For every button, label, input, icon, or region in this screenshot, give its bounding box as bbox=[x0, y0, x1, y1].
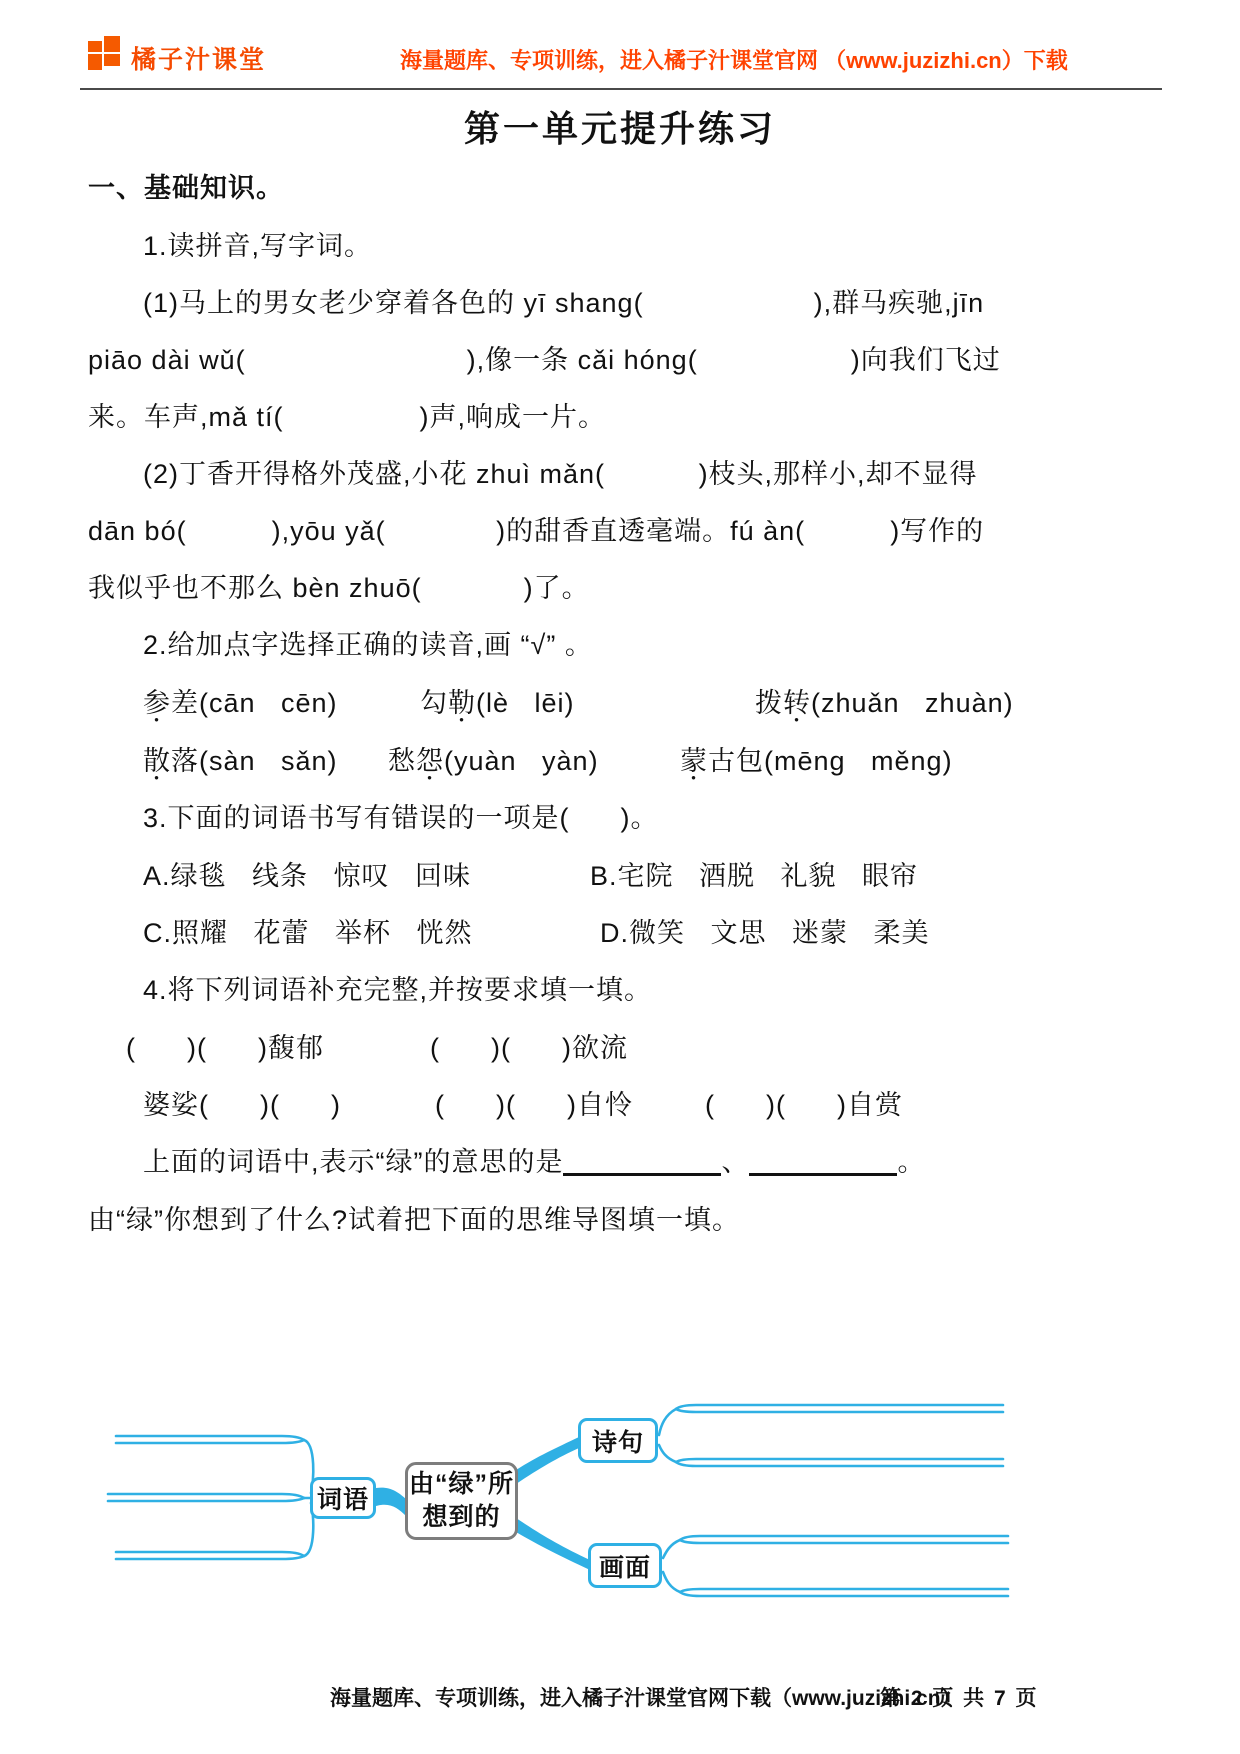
q4-word-posuo: 婆娑( )( ) bbox=[143, 1083, 341, 1122]
mindmap-node-verses: 诗句 bbox=[578, 1418, 658, 1463]
fill-end: 。 bbox=[897, 1147, 925, 1177]
q2-item-goule: 勾勒(lè lēi) bbox=[420, 681, 575, 720]
q3-option-d: D.微笑 文思 迷蒙 柔美 bbox=[600, 911, 930, 950]
mindmap-center-node: 由“绿”所 想到的 bbox=[405, 1462, 518, 1540]
fill-separator: 、 bbox=[721, 1147, 749, 1177]
q4-word-zilian: ( )( )自怜 bbox=[435, 1083, 633, 1122]
dotted-char: 怨 bbox=[416, 739, 444, 778]
q1-line-1: (1)马上的男女老少穿着各色的 yī shang( ),群马疾驰,jīn bbox=[143, 281, 984, 320]
node-label: 画面 bbox=[599, 1548, 651, 1584]
item-text: 古包(mēng měng) bbox=[708, 746, 953, 776]
mindmap-node-words: 词语 bbox=[310, 1477, 376, 1519]
q1-line-6: 我似乎也不那么 bèn zhuō( )了。 bbox=[88, 566, 590, 605]
q4-fill-line: 上面的词语中,表示“绿”的意思的是、。 bbox=[143, 1140, 925, 1179]
q2-item-chouyuan: 愁怨(yuàn yàn) bbox=[388, 739, 599, 778]
brand-window-icon bbox=[88, 36, 122, 70]
footer-page-number: 第 2 页 共 7 页 bbox=[880, 1682, 1039, 1712]
q3-option-c: C.照耀 花蕾 举杯 恍然 bbox=[143, 911, 473, 950]
node-label: 词语 bbox=[317, 1480, 369, 1516]
worksheet-page: 橘子汁课堂 海量题库、专项训练，进入橘子汁课堂官网 （www.juzizhi.c… bbox=[0, 0, 1240, 1754]
answer-blank bbox=[563, 1146, 721, 1176]
mindmap-node-pictures: 画面 bbox=[588, 1543, 662, 1588]
item-text: 愁 bbox=[388, 746, 416, 776]
item-text: 拨 bbox=[755, 688, 783, 718]
mindmap-thin-branches bbox=[108, 1405, 1008, 1596]
item-text: (yuàn yàn) bbox=[444, 746, 599, 776]
q1-heading: 1.读拼音,写字词。 bbox=[143, 224, 372, 263]
dotted-char: 转 bbox=[783, 681, 811, 720]
item-text: 勾 bbox=[420, 688, 448, 718]
q1-line-5: dān bó( ),yōu yǎ( )的甜香直透毫端。fú àn( )写作的 bbox=[88, 509, 984, 548]
center-label-line1: 由“绿”所 bbox=[409, 1468, 514, 1501]
item-text: 差(cān cēn) bbox=[171, 688, 338, 718]
q2-item-menggubao: 蒙古包(mēng měng) bbox=[680, 739, 953, 778]
q4-word-yuliu: ( )( )欲流 bbox=[430, 1026, 628, 1065]
q3-heading: 3.下面的词语书写有错误的一项是( )。 bbox=[143, 796, 659, 835]
header-divider bbox=[80, 88, 1162, 90]
fill-prefix: 上面的词语中,表示“绿”的意思的是 bbox=[143, 1147, 563, 1177]
q3-option-a: A.绿毯 线条 惊叹 回味 bbox=[143, 854, 471, 893]
section-heading: 一、基础知识。 bbox=[88, 166, 284, 205]
item-text: (zhuǎn zhuàn) bbox=[811, 688, 1014, 718]
dotted-char: 勒 bbox=[448, 681, 476, 720]
q3-option-b: B.宅院 酒脱 礼貌 眼帘 bbox=[590, 854, 918, 893]
q4-mindmap-prompt: 由“绿”你想到了什么?试着把下面的思维导图填一填。 bbox=[88, 1198, 740, 1237]
node-label: 诗句 bbox=[592, 1423, 644, 1459]
q2-heading: 2.给加点字选择正确的读音,画 “√” 。 bbox=[143, 623, 593, 662]
answer-blank bbox=[749, 1146, 897, 1176]
item-text: 落(sàn sǎn) bbox=[171, 746, 338, 776]
q1-line-3: 来。车声,mǎ tí( )声,响成一片。 bbox=[88, 395, 606, 434]
q1-line-2: piāo dài wǔ( ),像一条 cǎi hóng( )向我们飞过 bbox=[88, 338, 1001, 377]
q4-heading: 4.将下列词语补充完整,并按要求填一填。 bbox=[143, 968, 652, 1007]
q4-word-fuyu: ( )( )馥郁 bbox=[126, 1026, 324, 1065]
dotted-char: 散 bbox=[143, 739, 171, 778]
header-promo-text: 海量题库、专项训练，进入橘子汁课堂官网 （www.juzizhi.cn）下载 bbox=[400, 44, 1068, 75]
q2-item-sanluo: 散落(sàn sǎn) bbox=[143, 739, 338, 778]
item-text: (lè lēi) bbox=[476, 688, 575, 718]
footer-promo-text: 海量题库、专项训练，进入橘子汁课堂官网下载（www.juzizhi.cn） bbox=[330, 1682, 962, 1712]
dotted-char: 参 bbox=[143, 681, 171, 720]
q4-word-zishang: ( )( )自赏 bbox=[705, 1083, 903, 1122]
q2-item-bozhuan: 拨转(zhuǎn zhuàn) bbox=[755, 681, 1014, 720]
center-label-line2: 想到的 bbox=[422, 1501, 500, 1534]
q2-item-cenci: 参差(cān cēn) bbox=[143, 681, 338, 720]
q1-line-4: (2)丁香开得格外茂盛,小花 zhuì mǎn( )枝头,那样小,却不显得 bbox=[143, 452, 978, 491]
brand-name: 橘子汁课堂 bbox=[131, 40, 266, 76]
page-title: 第一单元提升练习 bbox=[0, 101, 1240, 152]
dotted-char: 蒙 bbox=[680, 739, 708, 778]
